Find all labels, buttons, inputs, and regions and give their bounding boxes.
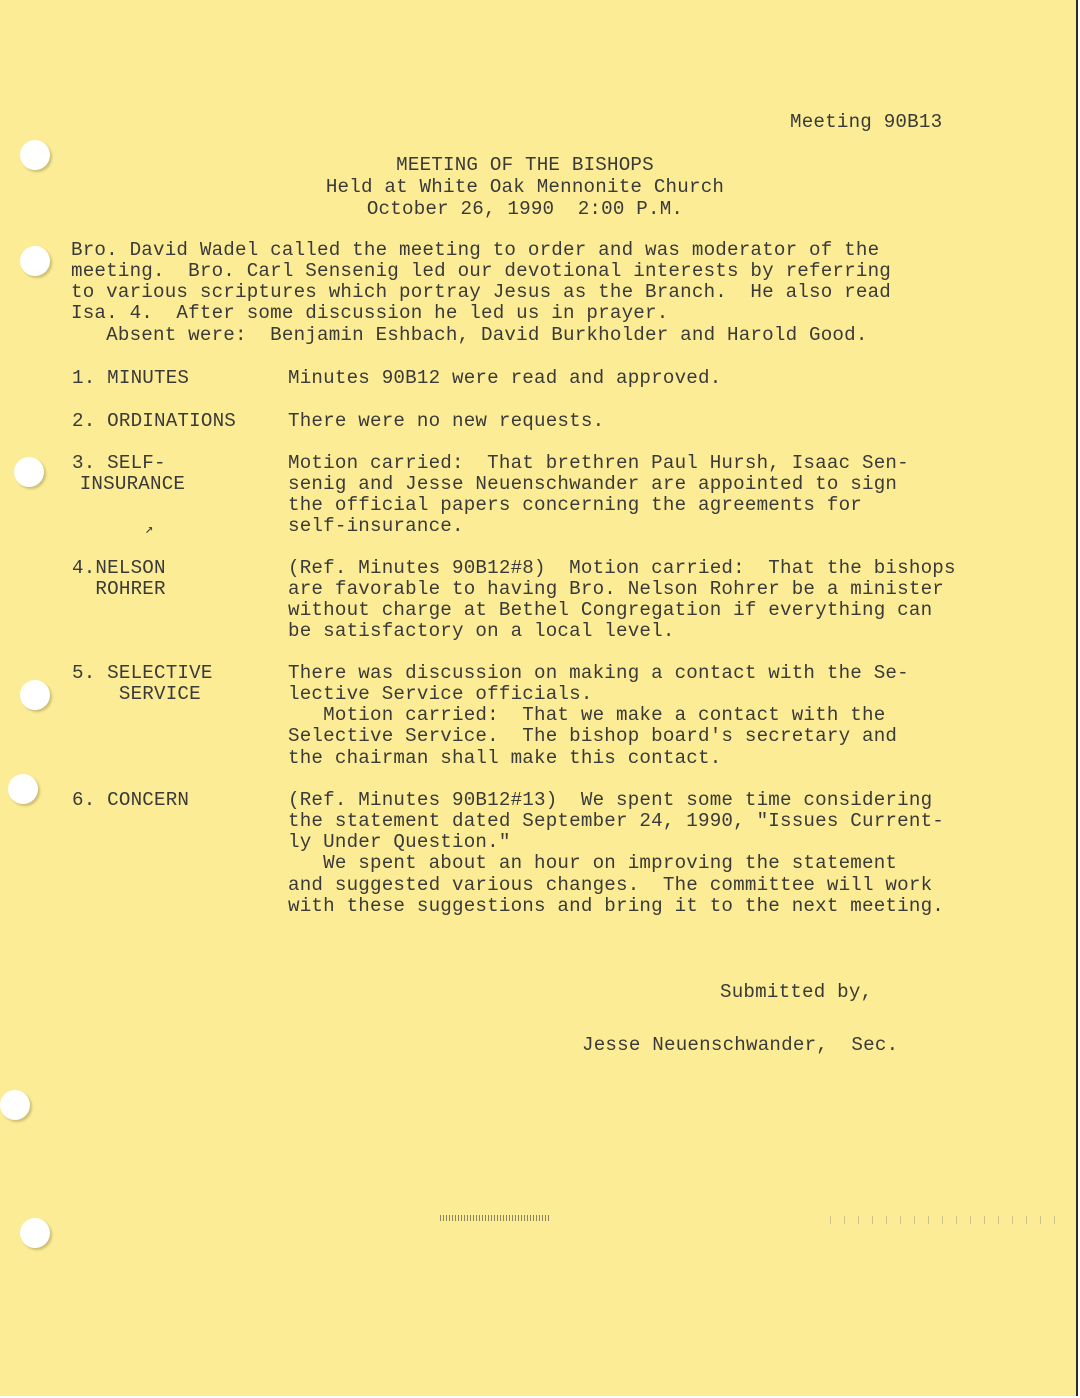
item-body-line: lective Service officials. xyxy=(288,684,593,705)
punch-hole xyxy=(8,774,38,804)
item-body-line: the statement dated September 24, 1990, … xyxy=(288,811,944,832)
item-label: ROHRER xyxy=(72,579,166,600)
pen-mark-icon: ↗ xyxy=(145,520,154,541)
item-label: 6. CONCERN xyxy=(72,790,189,811)
item-body-line: There were no new requests. xyxy=(288,411,604,432)
item-body-line: with these suggestions and bring it to t… xyxy=(288,896,944,917)
item-label: 1. MINUTES xyxy=(72,368,189,389)
document-page: Meeting 90B13 MEETING OF THE BISHOPS Hel… xyxy=(0,0,1078,1396)
item-body-line: senig and Jesse Neuenschwander are appoi… xyxy=(288,474,897,495)
punch-hole xyxy=(20,246,50,276)
item-body-line: self-insurance. xyxy=(288,516,464,537)
item-body-line: be satisfactory on a local level. xyxy=(288,621,675,642)
item-body-line: the chairman shall make this contact. xyxy=(288,748,721,769)
item-label: 4.NELSON xyxy=(72,558,166,579)
item-body-line: Selective Service. The bishop board's se… xyxy=(288,726,897,747)
item-body-line: (Ref. Minutes 90B12#8) Motion carried: T… xyxy=(288,558,956,579)
intro-line: to various scriptures which portray Jesu… xyxy=(71,282,891,303)
item-body-line: We spent about an hour on improving the … xyxy=(288,853,897,874)
item-label: SERVICE xyxy=(72,684,201,705)
item-label: 5. SELECTIVE xyxy=(72,663,213,684)
meeting-location: Held at White Oak Mennonite Church xyxy=(0,177,1050,198)
scan-artifacts xyxy=(830,1216,1060,1224)
item-body-line: There was discussion on making a contact… xyxy=(288,663,909,684)
item-body-line: are favorable to having Bro. Nelson Rohr… xyxy=(288,579,944,600)
punch-hole xyxy=(14,457,44,487)
secretary-signature: Jesse Neuenschwander, Sec. xyxy=(582,1035,898,1056)
intro-line: Bro. David Wadel called the meeting to o… xyxy=(71,240,879,261)
item-body-line: the official papers concerning the agree… xyxy=(288,495,862,516)
intro-line: meeting. Bro. Carl Sensenig led our devo… xyxy=(71,261,891,282)
item-body-line: ly Under Question." xyxy=(288,832,511,853)
punch-hole xyxy=(20,1218,50,1248)
intro-line: Isa. 4. After some discussion he led us … xyxy=(71,303,668,324)
item-body-line: Minutes 90B12 were read and approved. xyxy=(288,368,721,389)
item-label: INSURANCE xyxy=(68,474,185,495)
absent-line: Absent were: Benjamin Eshbach, David Bur… xyxy=(71,325,868,346)
item-label: 2. ORDINATIONS xyxy=(72,411,236,432)
item-body-line: (Ref. Minutes 90B12#13) We spent some ti… xyxy=(288,790,932,811)
item-body-line: without charge at Bethel Congregation if… xyxy=(288,600,932,621)
item-body-line: Motion carried: That we make a contact w… xyxy=(288,705,885,726)
item-body-line: Motion carried: That brethren Paul Hursh… xyxy=(288,453,909,474)
ink-smudge xyxy=(440,1215,550,1221)
item-body-line: and suggested various changes. The commi… xyxy=(288,875,932,896)
meeting-datetime: October 26, 1990 2:00 P.M. xyxy=(0,199,1050,220)
submitted-by: Submitted by, xyxy=(720,982,872,1003)
document-title: MEETING OF THE BISHOPS xyxy=(0,155,1050,176)
meeting-id: Meeting 90B13 xyxy=(790,112,942,133)
punch-hole xyxy=(0,1090,30,1120)
item-label: 3. SELF- xyxy=(72,453,166,474)
punch-hole xyxy=(20,680,50,710)
